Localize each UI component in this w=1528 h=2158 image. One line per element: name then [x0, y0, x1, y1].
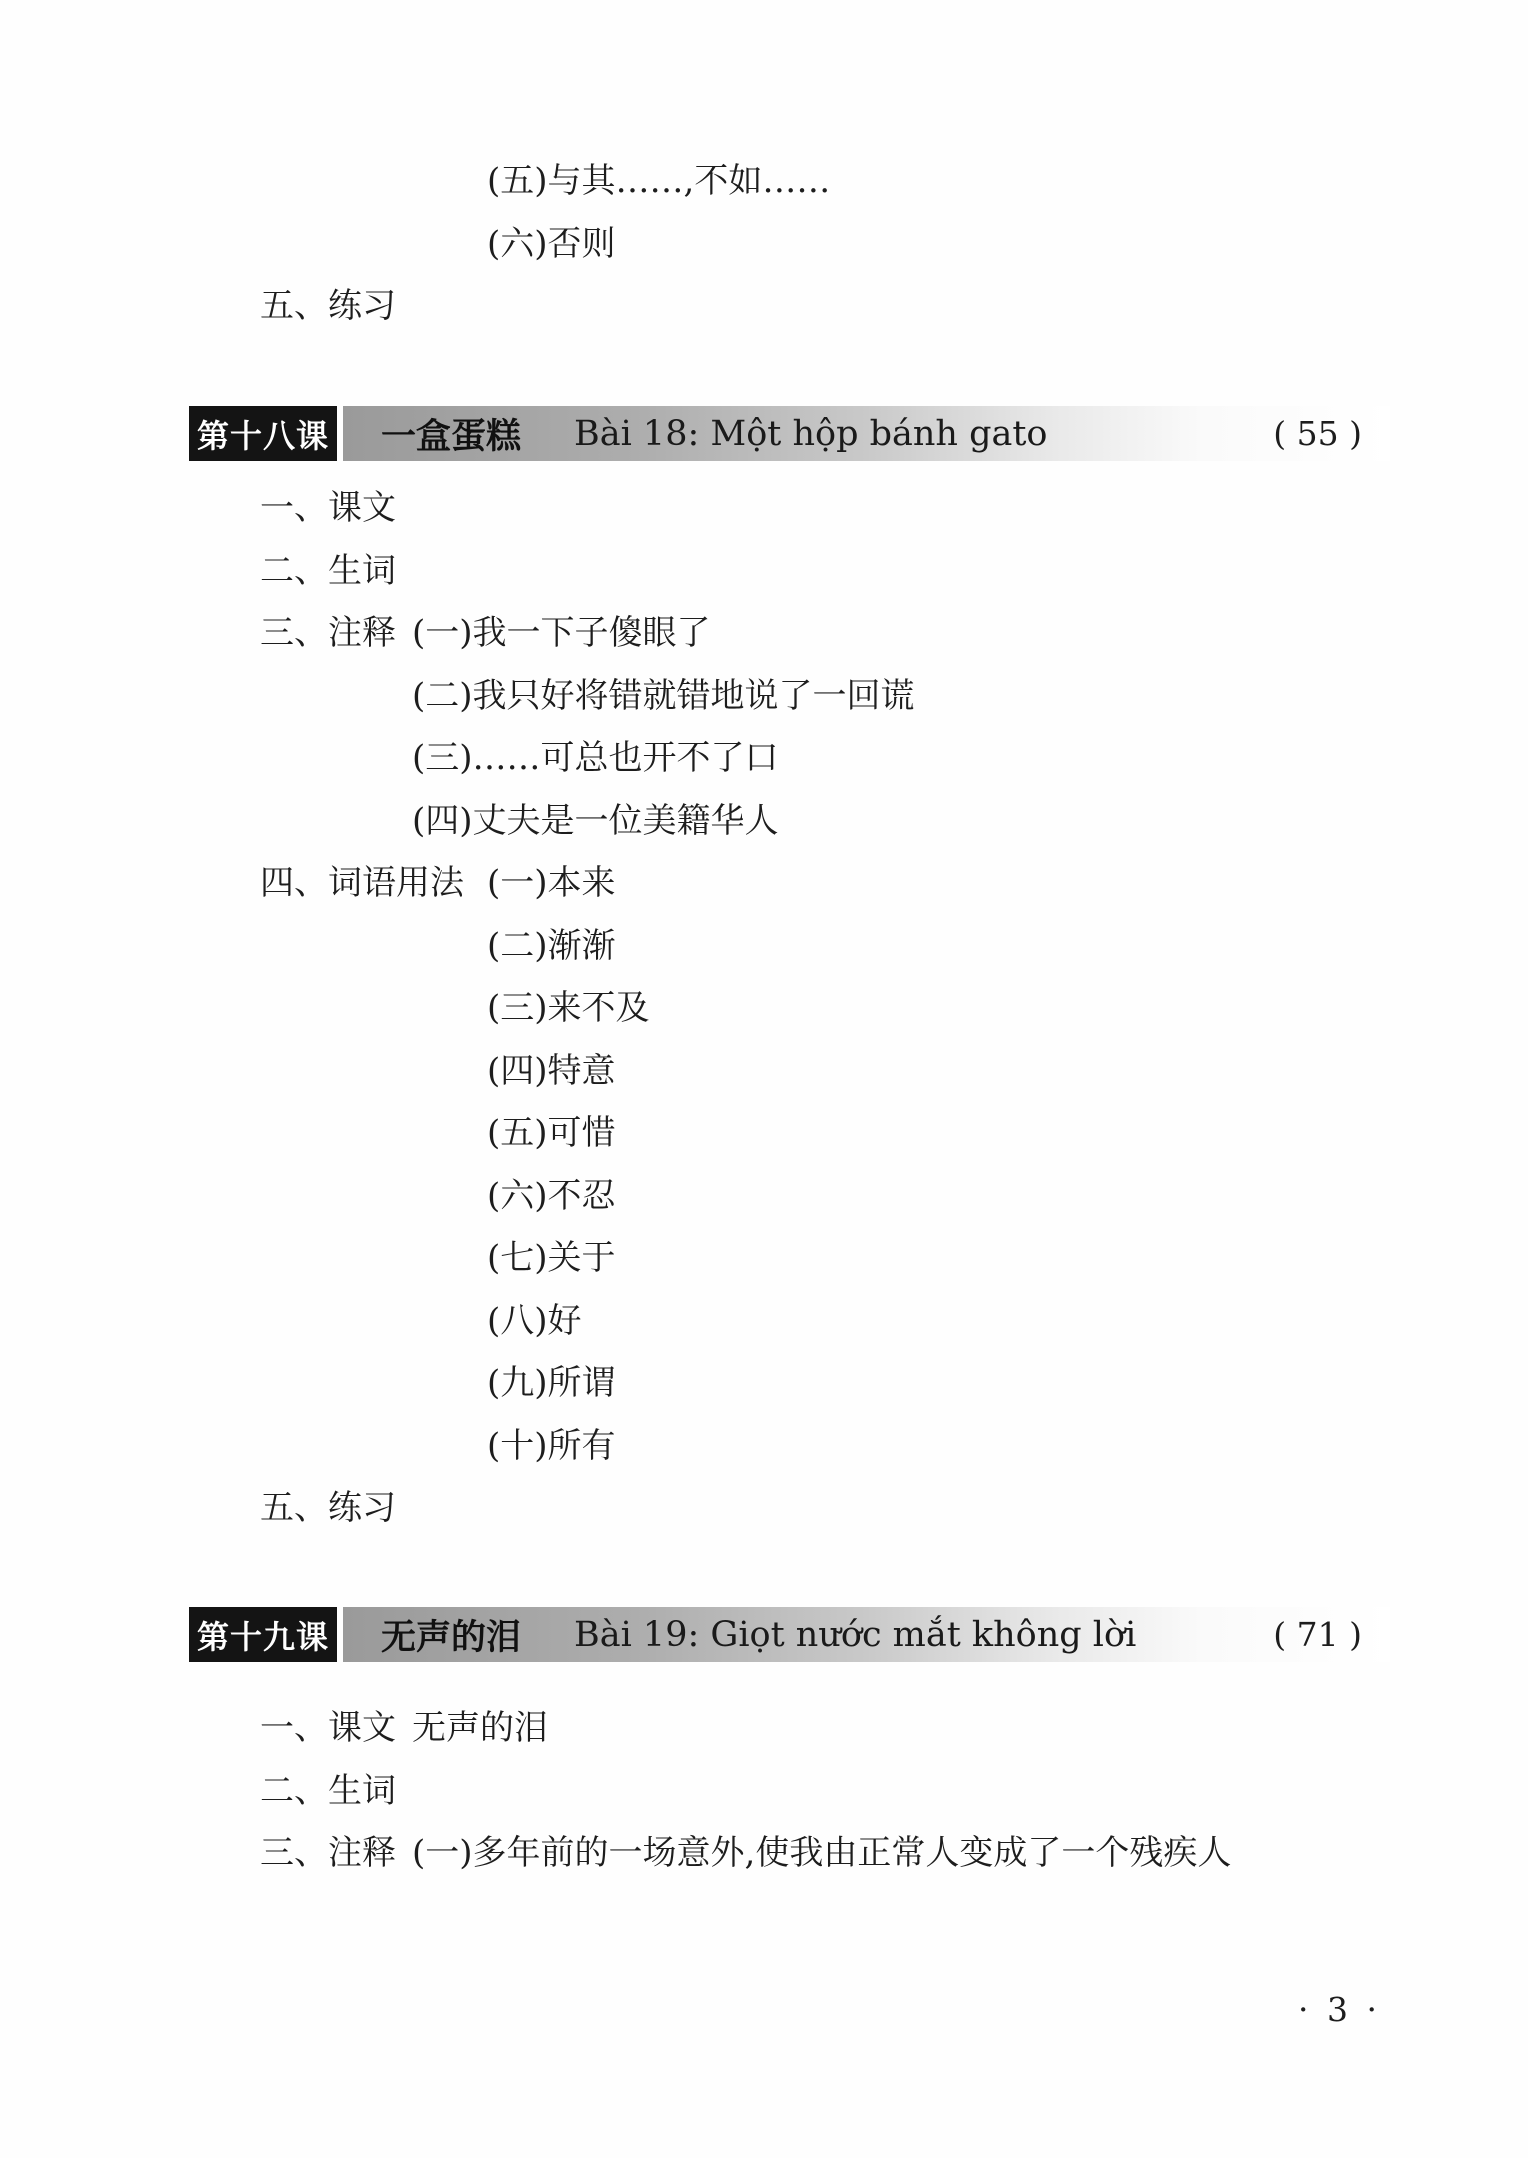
toc-subitem: (六)否则 — [487, 221, 616, 267]
lesson18-title-vietnamese: Bài 18: Một hộp bánh gato — [574, 414, 1048, 454]
toc-main-item: 二、生词 — [260, 1768, 396, 1814]
toc-row: (三)来不及 — [0, 985, 1528, 1033]
toc-subitem: (七)关于 — [487, 1235, 616, 1281]
toc-subitem: (三)来不及 — [487, 985, 650, 1031]
toc-row: (十)所有 — [0, 1423, 1528, 1471]
toc-main-item: 三、注释 — [260, 610, 396, 656]
toc-row: 五、练习 — [0, 283, 1528, 331]
toc-row: 一、课文 — [0, 485, 1528, 533]
lesson19-header: 第十九课 无声的泪 Bài 19: Giọt nước mắt không lờ… — [189, 1607, 1390, 1662]
toc-row: (六)不忍 — [0, 1173, 1528, 1221]
lesson19-page-ref: ( 71 ) — [1273, 1615, 1362, 1654]
toc-row: (五)与其……,不如…… — [0, 158, 1528, 206]
toc-main-item: 一、课文 — [260, 485, 396, 531]
toc-row: 二、生词 — [0, 1768, 1528, 1816]
toc-row: (五)可惜 — [0, 1110, 1528, 1158]
toc-row: (二)我只好将错就错地说了一回谎 — [0, 673, 1528, 721]
toc-row: 三、注释 (一)多年前的一场意外,使我由正常人变成了一个残疾人 — [0, 1830, 1528, 1878]
toc-row: (七)关于 — [0, 1235, 1528, 1283]
lesson18-number-box: 第十八课 — [189, 406, 337, 461]
page-number: · 3 · — [1298, 1990, 1381, 2029]
toc-row: 一、课文 无声的泪 — [0, 1705, 1528, 1753]
toc-subitem: 无声的泪 — [412, 1705, 548, 1751]
toc-subitem: (一)多年前的一场意外,使我由正常人变成了一个残疾人 — [412, 1830, 1231, 1876]
toc-subitem: (五)可惜 — [487, 1110, 616, 1156]
toc-main-item: 一、课文 — [260, 1705, 396, 1751]
toc-row: (四)丈夫是一位美籍华人 — [0, 798, 1528, 846]
toc-row: (二)渐渐 — [0, 923, 1528, 971]
toc-subitem: (二)我只好将错就错地说了一回谎 — [412, 673, 915, 719]
lesson18-title-bar: 一盒蛋糕 Bài 18: Một hộp bánh gato ( 55 ) — [343, 406, 1390, 461]
lesson19-title-chinese: 无声的泪 — [381, 1610, 521, 1660]
toc-subitem: (九)所谓 — [487, 1360, 616, 1406]
toc-subitem: (三)……可总也开不了口 — [412, 735, 779, 781]
toc-main-item: 三、注释 — [260, 1830, 396, 1876]
toc-main-item: 四、词语用法 — [260, 860, 464, 906]
toc-row: 五、练习 — [0, 1485, 1528, 1533]
toc-subitem: (一)我一下子傻眼了 — [412, 610, 711, 656]
toc-subitem: (十)所有 — [487, 1423, 616, 1469]
lesson19-title-bar: 无声的泪 Bài 19: Giọt nước mắt không lời ( 7… — [343, 1607, 1390, 1662]
toc-row: (四)特意 — [0, 1048, 1528, 1096]
toc-main-item: 五、练习 — [260, 283, 396, 329]
toc-subitem: (八)好 — [487, 1298, 582, 1344]
toc-row: 三、注释 (一)我一下子傻眼了 — [0, 610, 1528, 658]
toc-row: (六)否则 — [0, 221, 1528, 269]
toc-subitem: (四)丈夫是一位美籍华人 — [412, 798, 779, 844]
toc-subitem: (一)本来 — [487, 860, 616, 906]
lesson19-number-box: 第十九课 — [189, 1607, 337, 1662]
toc-subitem: (四)特意 — [487, 1048, 616, 1094]
lesson18-title-chinese: 一盒蛋糕 — [381, 409, 521, 459]
lesson19-title-vietnamese: Bài 19: Giọt nước mắt không lời — [574, 1615, 1136, 1655]
lesson18-header: 第十八课 一盒蛋糕 Bài 18: Một hộp bánh gato ( 55… — [189, 406, 1390, 461]
toc-main-item: 五、练习 — [260, 1485, 396, 1531]
toc-subitem: (二)渐渐 — [487, 923, 616, 969]
toc-row: (八)好 — [0, 1298, 1528, 1346]
toc-subitem: (六)不忍 — [487, 1173, 616, 1219]
toc-page: (五)与其……,不如…… (六)否则 五、练习 第十八课 一盒蛋糕 Bài 18… — [0, 0, 1528, 2158]
lesson18-page-ref: ( 55 ) — [1273, 414, 1362, 453]
toc-main-item: 二、生词 — [260, 548, 396, 594]
toc-row: 四、词语用法 (一)本来 — [0, 860, 1528, 908]
toc-row: (三)……可总也开不了口 — [0, 735, 1528, 783]
toc-row: 二、生词 — [0, 548, 1528, 596]
toc-row: (九)所谓 — [0, 1360, 1528, 1408]
toc-subitem: (五)与其……,不如…… — [487, 158, 830, 204]
